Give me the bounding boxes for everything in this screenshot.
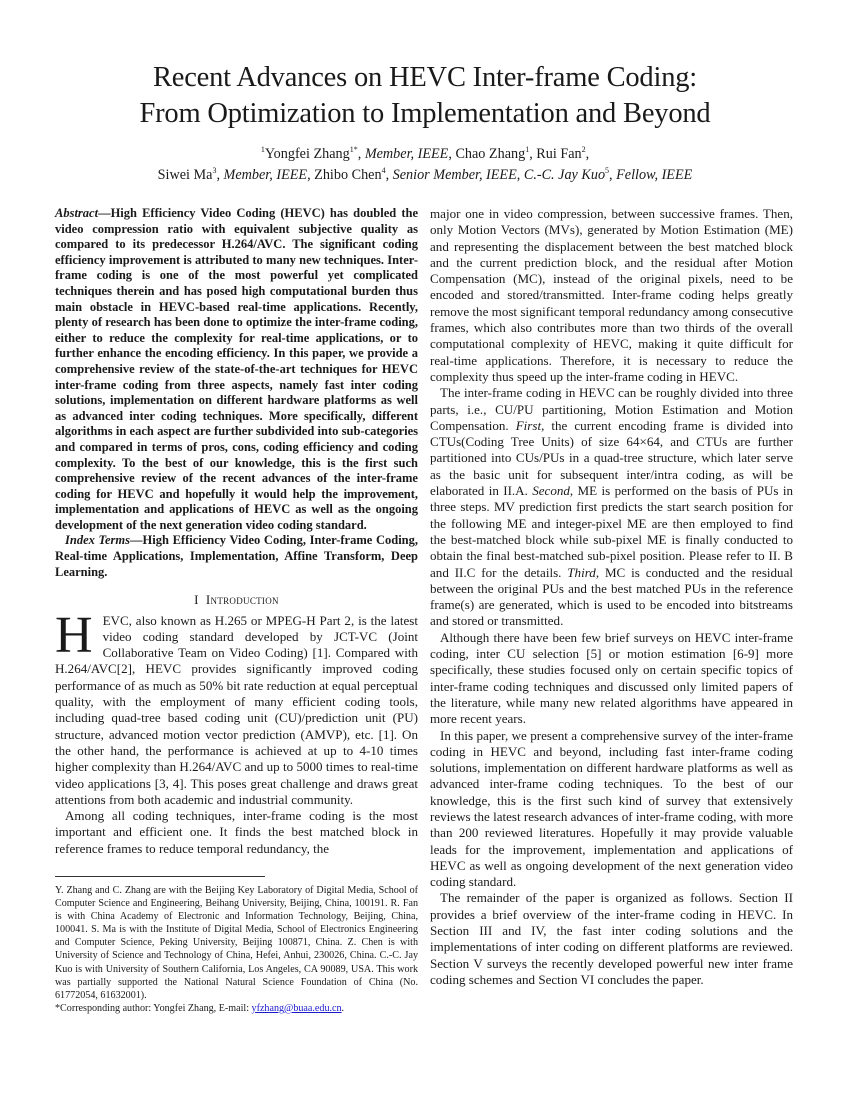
paper-title: Recent Advances on HEVC Inter-frame Codi… bbox=[0, 60, 850, 132]
intro-paragraph-2-continued: major one in video compression, between … bbox=[430, 206, 793, 385]
footnote-corresponding-author: *Corresponding author: Yongfei Zhang, E-… bbox=[55, 1002, 418, 1015]
abstract: Abstract—High Efficiency Video Coding (H… bbox=[55, 206, 418, 533]
paragraph-text: EVC, also known as H.265 or MPEG-H Part … bbox=[55, 613, 418, 807]
abstract-label: Abstract bbox=[55, 206, 98, 220]
author-affiliation-marker: 2 bbox=[582, 145, 586, 154]
intro-paragraph-2: Among all coding techniques, inter-frame… bbox=[55, 808, 418, 857]
author-name: C.-C. Jay Kuo bbox=[524, 167, 605, 183]
drop-cap: H bbox=[55, 616, 93, 656]
left-column: Abstract—High Efficiency Video Coding (H… bbox=[55, 206, 418, 857]
section-title: Introduction bbox=[206, 592, 279, 607]
author-affiliation-marker: 4 bbox=[382, 166, 386, 175]
author-line-1: 1Yongfei Zhang1*, Member, IEEE, Chao Zha… bbox=[0, 144, 850, 165]
footnote-affiliations: Y. Zhang and C. Zhang are with the Beiji… bbox=[55, 884, 418, 1002]
corresponding-author-label: *Corresponding author: Yongfei Zhang, E-… bbox=[55, 1003, 252, 1014]
section-number: I bbox=[194, 592, 199, 607]
emphasis-second: Second bbox=[532, 483, 570, 498]
author-affiliation-marker: 1 bbox=[525, 145, 529, 154]
abstract-text: —High Efficiency Video Coding (HEVC) has… bbox=[55, 206, 418, 532]
footnote-period: . bbox=[342, 1003, 345, 1014]
intro-paragraph-6: The remainder of the paper is organized … bbox=[430, 890, 793, 988]
author-list: 1Yongfei Zhang1*, Member, IEEE, Chao Zha… bbox=[0, 144, 850, 186]
author-affiliation-marker: 3 bbox=[212, 166, 216, 175]
author-line-2: Siwei Ma3, Member, IEEE, Zhibo Chen4, Se… bbox=[0, 165, 850, 186]
intro-paragraph-4: Although there have been few brief surve… bbox=[430, 630, 793, 728]
author-email-link[interactable]: yfzhang@buaa.edu.cn bbox=[252, 1003, 342, 1014]
intro-paragraph-3: The inter-frame coding in HEVC can be ro… bbox=[430, 385, 793, 629]
emphasis-third: Third bbox=[567, 565, 596, 580]
footnote-divider bbox=[55, 876, 265, 877]
author-name: Zhibo Chen bbox=[314, 167, 381, 183]
emphasis-first: First bbox=[516, 418, 541, 433]
intro-paragraph-1: HEVC, also known as H.265 or MPEG-H Part… bbox=[55, 613, 418, 809]
author-name: Yongfei Zhang bbox=[265, 146, 350, 162]
author-affiliation-marker: 5 bbox=[605, 166, 609, 175]
title-line-2: From Optimization to Implementation and … bbox=[0, 96, 850, 132]
right-column: major one in video compression, between … bbox=[430, 206, 793, 988]
author-name: Chao Zhang bbox=[455, 146, 525, 162]
title-line-1: Recent Advances on HEVC Inter-frame Codi… bbox=[0, 60, 850, 96]
section-heading-introduction: I Introduction bbox=[55, 592, 418, 608]
author-name: Rui Fan bbox=[536, 146, 581, 162]
index-terms-label: Index Terms bbox=[65, 533, 130, 547]
author-role: Member, IEEE bbox=[365, 146, 449, 162]
footnote: Y. Zhang and C. Zhang are with the Beiji… bbox=[55, 884, 418, 1015]
author-role: Senior Member, IEEE bbox=[393, 167, 517, 183]
author-role: Fellow, IEEE bbox=[616, 167, 692, 183]
author-affiliation-marker: 1* bbox=[350, 145, 358, 154]
author-name: Siwei Ma bbox=[158, 167, 213, 183]
index-terms: Index Terms—High Efficiency Video Coding… bbox=[55, 533, 418, 580]
author-role: Member, IEEE bbox=[224, 167, 308, 183]
intro-paragraph-5: In this paper, we present a comprehensiv… bbox=[430, 728, 793, 891]
